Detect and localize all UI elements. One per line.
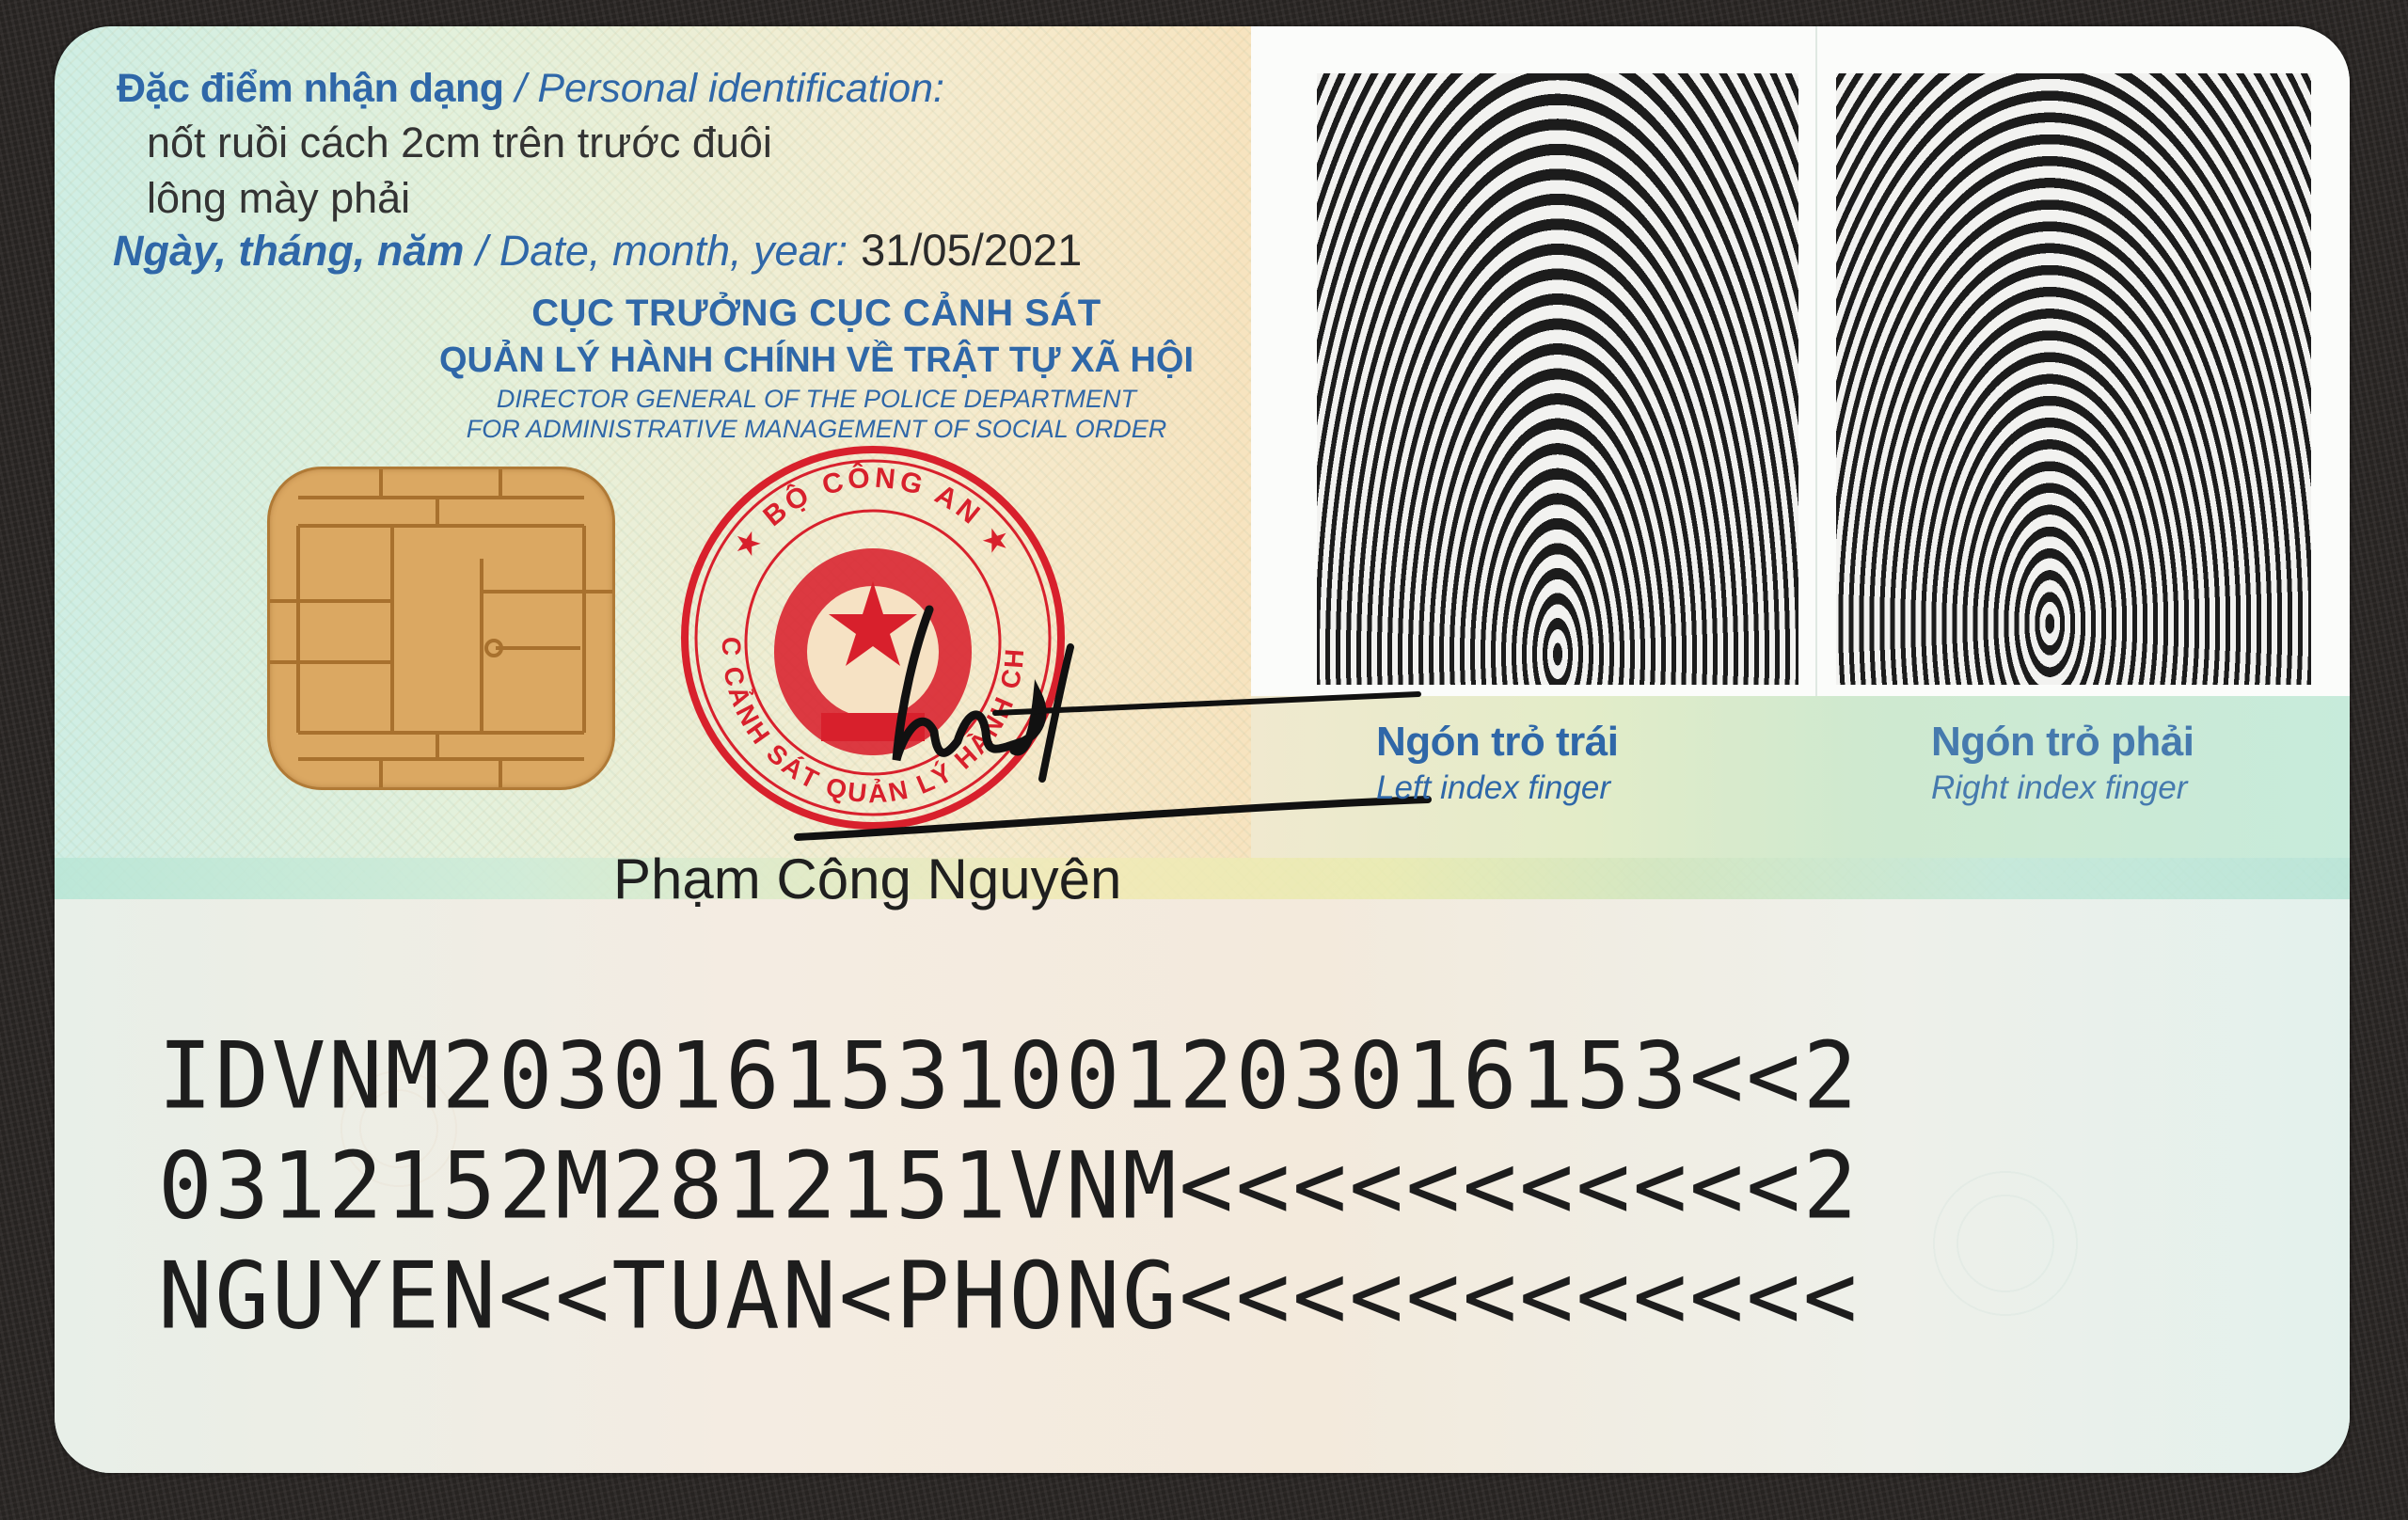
pid-label-en: Personal identification: [537,66,944,111]
issue-date-value: 31/05/2021 [861,225,1082,275]
left-fingerprint-label: Ngón trỏ trái Left index finger [1376,719,1618,807]
signer-name: Phạm Công Nguyên [613,847,1121,911]
mrz-line-1: IDVNM2030161531001203016153<<2 [158,1030,1860,1122]
right-fingerprint-label: Ngón trỏ phải Right index finger [1931,719,2194,807]
date-label-en: Date, month, year: [499,227,848,275]
issuer-title-vn-2: QUẢN LÝ HÀNH CHÍNH VỀ TRẬT TỰ XÃ HỘI [374,337,1259,384]
id-card-back: Đặc điểm nhận dạng / Personal identifica… [55,26,2350,1473]
mrz-line-3: NGUYEN<<TUAN<PHONG<<<<<<<<<<<< [158,1250,1860,1342]
identification-mark-line2: lông mày phải [147,174,410,223]
date-label-vn: Ngày, tháng, năm [113,227,464,275]
pid-separator: / [504,66,538,111]
right-finger-label-en: Right index finger [1931,769,2194,807]
mrz-line-2: 0312152M2812151VNM<<<<<<<<<<<2 [158,1140,1860,1232]
pid-label-vn: Đặc điểm nhận dạng [117,66,504,111]
personal-identification-label: Đặc điểm nhận dạng / Personal identifica… [117,66,944,112]
smart-chip-icon [267,467,615,790]
right-finger-label-vn: Ngón trỏ phải [1931,719,2194,766]
issuer-title-vn-1: CỤC TRƯỞNG CỤC CẢNH SÁT [374,290,1259,337]
issuer-title: CỤC TRƯỞNG CỤC CẢNH SÁT QUẢN LÝ HÀNH CHÍ… [374,290,1259,444]
right-fingerprint-image [1836,73,2311,685]
issuer-title-en-1: DIRECTOR GENERAL OF THE POLICE DEPARTMEN… [374,384,1259,414]
security-band [55,858,2350,903]
left-finger-label-en: Left index finger [1376,769,1618,807]
date-separator: / [464,227,499,275]
identification-mark-line1: nốt ruồi cách 2cm trên trước đuôi [147,119,772,167]
left-finger-label-vn: Ngón trỏ trái [1376,719,1618,766]
issue-date-row: Ngày, tháng, năm / Date, month, year:31/… [113,224,1082,276]
signature [713,591,1465,845]
fingerprint-divider [1815,26,1817,696]
